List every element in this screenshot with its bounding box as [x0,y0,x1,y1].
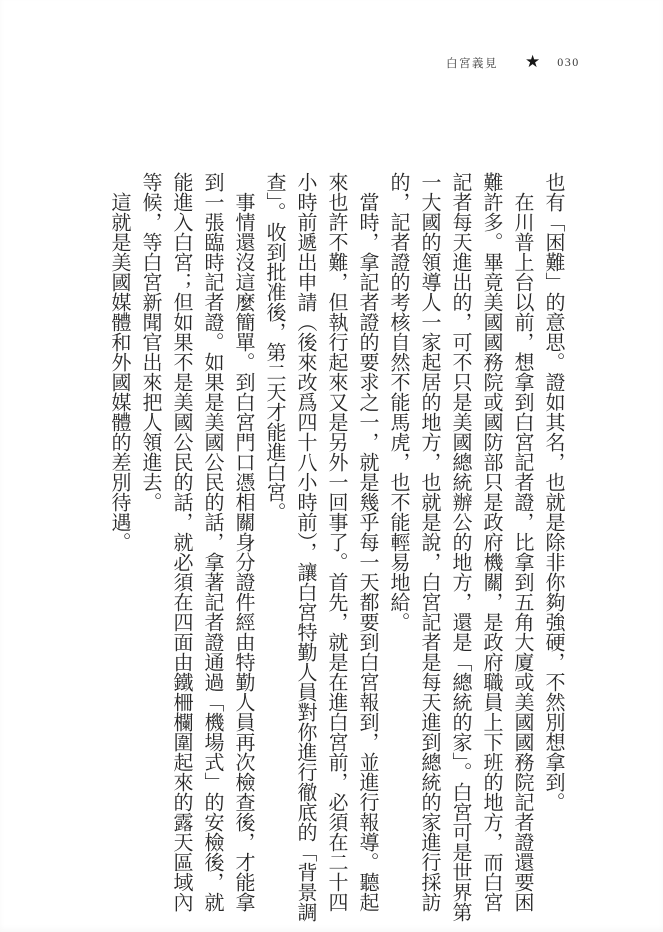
paragraph-5: 這就是美國媒體和外國媒體的差別待遇。 [103,172,134,922]
paragraph-3: 當時，拿記者證的要求之一，就是幾乎每一天都要到白宮報到，並進行報導。聽起來也許不… [258,172,382,922]
book-page: 白宮義見 ★ 030 也有「困難」的意思。證如其名，也就是除非你夠強硬，不然別想… [0,0,663,932]
paragraph-4: 事情還沒這麼簡單。到白宮門口憑相關身分證件經由特勤人員再次檢查後，才能拿到一張臨… [134,172,258,922]
body-text-block: 也有「困難」的意思。證如其名，也就是除非你夠強硬，不然別想拿到。 在川普上台以前… [103,172,568,922]
page-number: 030 [557,55,580,70]
paragraph-2: 在川普上台以前，想拿到白宮記者證，比拿到五角大廈或美國國務院記者證還要困難許多。… [382,172,537,922]
star-icon: ★ [525,54,540,71]
paragraph-continuation: 也有「困難」的意思。證如其名，也就是除非你夠強硬，不然別想拿到。 [537,172,568,922]
running-head: 白宮義見 ★ 030 [446,54,580,71]
running-head-book-title: 白宮義見 [446,55,498,71]
